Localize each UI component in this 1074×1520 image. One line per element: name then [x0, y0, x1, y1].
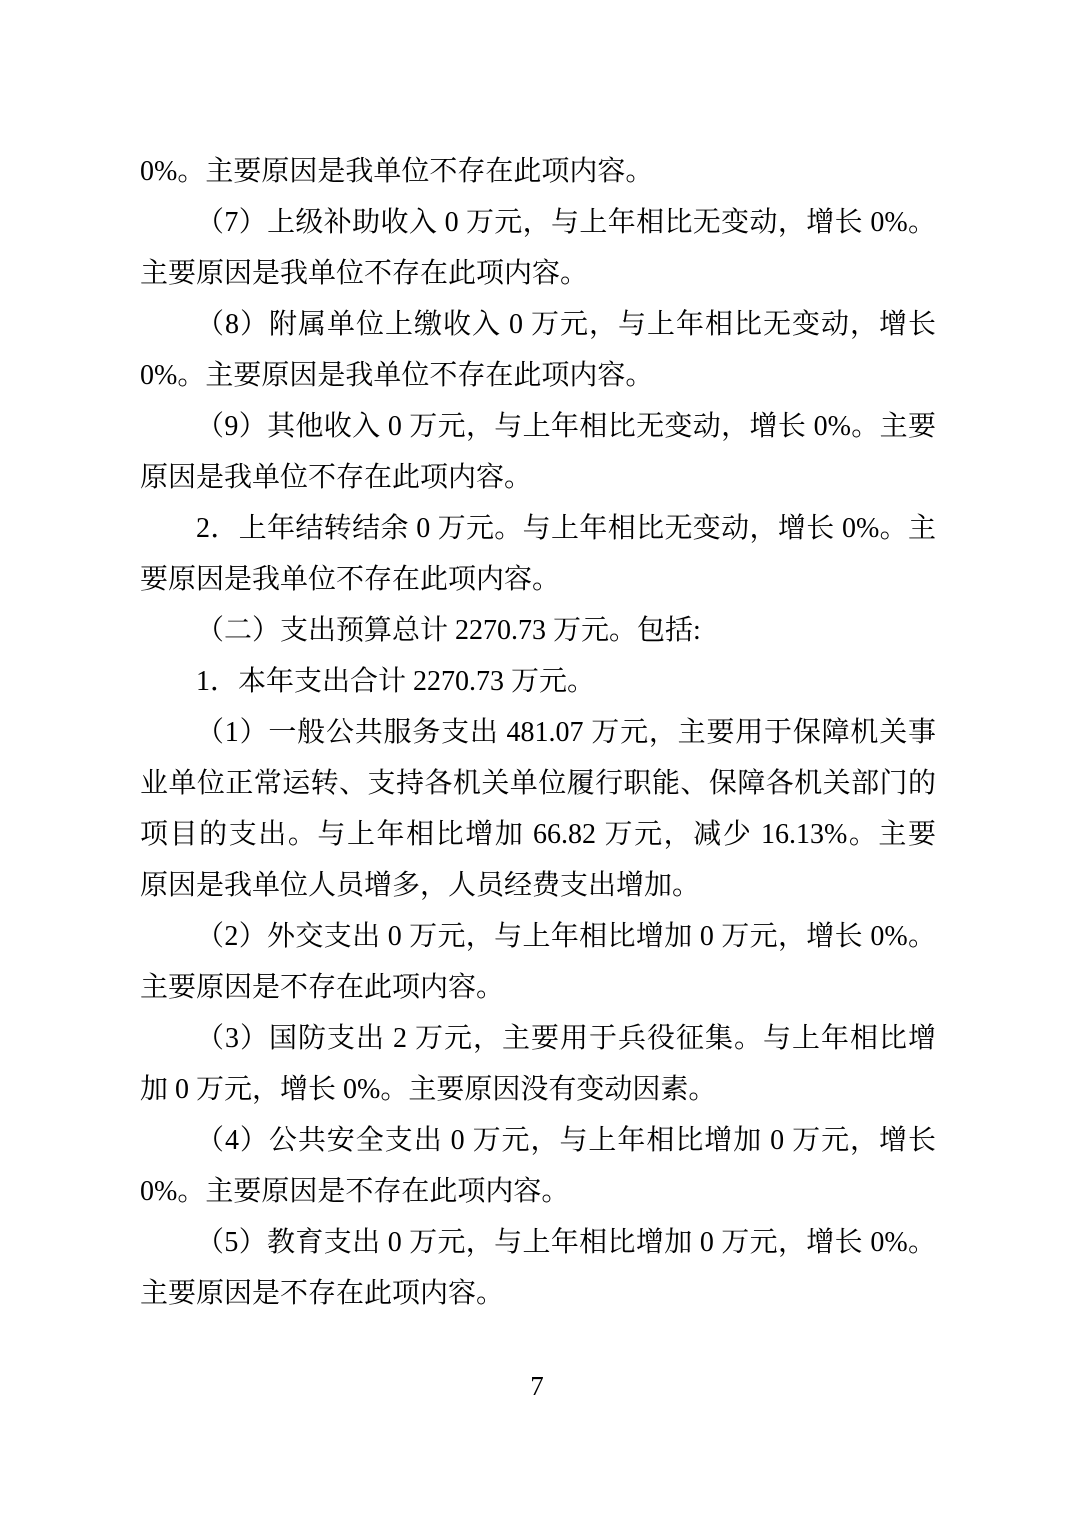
text-line: 主要原因是我单位不存在此项内容。 — [140, 248, 936, 299]
text-line: 加 0 万元，增长 0%。主要原因没有变动因素。 — [140, 1064, 936, 1115]
text-line: （3）国防支出 2 万元，主要用于兵役征集。与上年相比增 — [140, 1013, 936, 1064]
text-line: 主要原因是不存在此项内容。 — [140, 962, 936, 1013]
text-line: 1．本年支出合计 2270.73 万元。 — [140, 656, 936, 707]
text-line: 项目的支出。与上年相比增加 66.82 万元，减少 16.13%。主要 — [140, 809, 936, 860]
text-line: 业单位正常运转、支持各机关单位履行职能、保障各机关部门的 — [140, 758, 936, 809]
page-number: 7 — [0, 1366, 1074, 1406]
text-line: （8）附属单位上缴收入 0 万元，与上年相比无变动，增长 — [140, 299, 936, 350]
text-line: 主要原因是不存在此项内容。 — [140, 1268, 936, 1319]
text-line: （二）支出预算总计 2270.73 万元。包括: — [140, 605, 936, 656]
text-line: 0%。主要原因是我单位不存在此项内容。 — [140, 146, 936, 197]
text-line: （1）一般公共服务支出 481.07 万元，主要用于保障机关事 — [140, 707, 936, 758]
text-line: （2）外交支出 0 万元，与上年相比增加 0 万元，增长 0%。 — [140, 911, 936, 962]
text-line: （4）公共安全支出 0 万元，与上年相比增加 0 万元，增长 — [140, 1115, 936, 1166]
text-line: （9）其他收入 0 万元，与上年相比无变动，增长 0%。主要 — [140, 401, 936, 452]
text-line: 2．上年结转结余 0 万元。与上年相比无变动，增长 0%。主 — [140, 503, 936, 554]
text-line: 0%。主要原因是我单位不存在此项内容。 — [140, 350, 936, 401]
text-line: 原因是我单位人员增多，人员经费支出增加。 — [140, 860, 936, 911]
document-body: 0%。主要原因是我单位不存在此项内容。（7）上级补助收入 0 万元，与上年相比无… — [140, 146, 936, 1319]
text-line: （7）上级补助收入 0 万元，与上年相比无变动，增长 0%。 — [140, 197, 936, 248]
text-line: 要原因是我单位不存在此项内容。 — [140, 554, 936, 605]
text-line: 0%。主要原因是不存在此项内容。 — [140, 1166, 936, 1217]
text-line: 原因是我单位不存在此项内容。 — [140, 452, 936, 503]
text-line: （5）教育支出 0 万元，与上年相比增加 0 万元，增长 0%。 — [140, 1217, 936, 1268]
document-page: 0%。主要原因是我单位不存在此项内容。（7）上级补助收入 0 万元，与上年相比无… — [0, 0, 1074, 1520]
